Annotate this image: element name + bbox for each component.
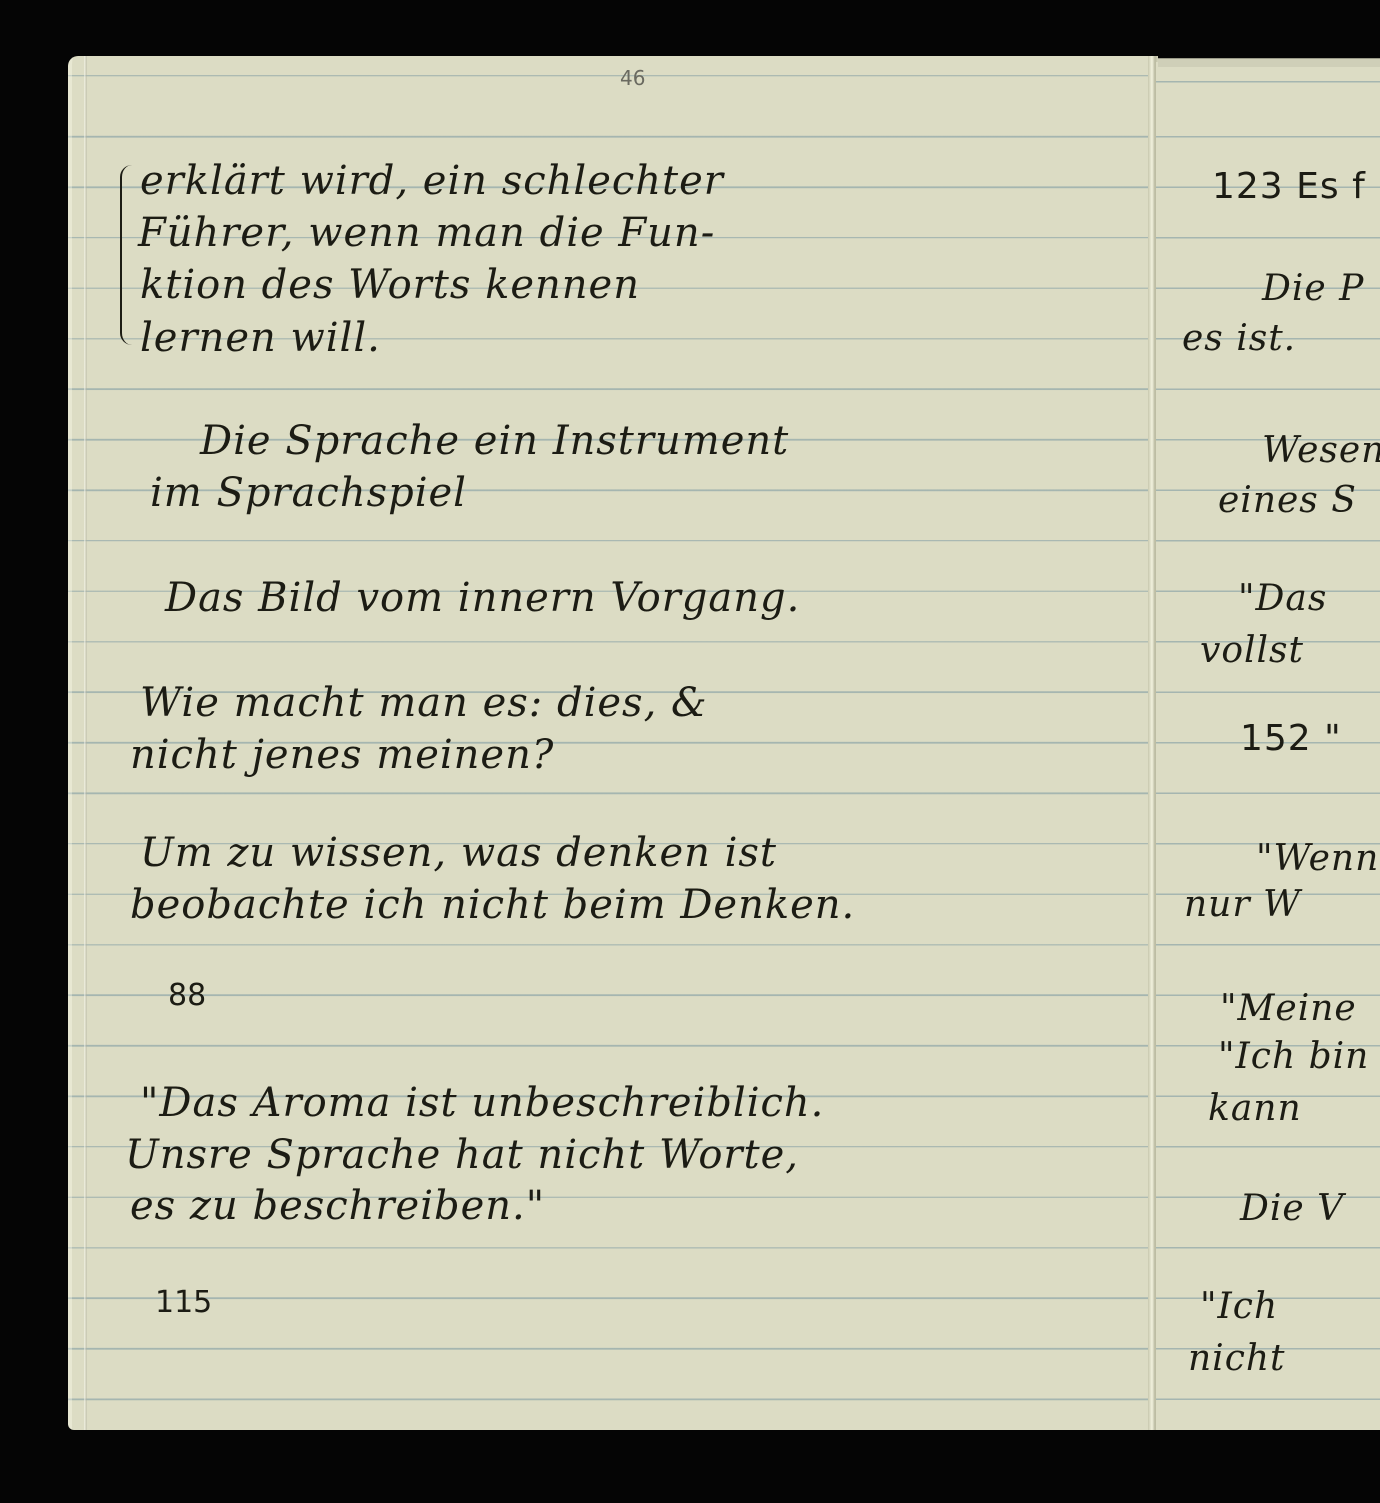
handwritten-fragment: Die V: [1240, 1188, 1344, 1229]
handwritten-line: erklärt wird, ein schlechter: [140, 158, 724, 204]
handwritten-fragment: "Ich: [1200, 1286, 1278, 1327]
handwritten-line: nicht jenes meinen?: [130, 732, 554, 778]
handwritten-fragment: eines S: [1218, 480, 1357, 521]
right-page-top-edge: [1158, 58, 1380, 67]
handwritten-line: beobachte ich nicht beim Denken.: [130, 882, 855, 928]
handwritten-fragment: 152 ": [1240, 718, 1342, 759]
margin-bracket: [120, 165, 138, 345]
handwritten-line: Das Bild vom innern Vorgang.: [165, 575, 800, 621]
handwritten-fragment: "Ich bin: [1218, 1036, 1369, 1077]
handwritten-fragment: Die P: [1262, 268, 1364, 309]
handwritten-fragment: nur W: [1184, 884, 1301, 925]
handwritten-fragment: "Das: [1238, 578, 1327, 619]
handwritten-fragment: 123 Es f: [1212, 166, 1366, 207]
handwritten-line: Führer, wenn man die Fun-: [138, 210, 715, 256]
handwritten-fragment: Wesen: [1262, 430, 1380, 471]
handwritten-fragment: kann: [1208, 1088, 1302, 1129]
handwritten-fragment: "Wenn: [1256, 838, 1379, 879]
entry-number: 88: [168, 978, 206, 1013]
handwritten-fragment: es ist.: [1182, 318, 1296, 359]
handwritten-line: im Sprachspiel: [150, 470, 467, 516]
handwritten-line: es zu beschreiben.": [130, 1183, 545, 1229]
handwritten-line: Unsre Sprache hat nicht Worte,: [125, 1132, 799, 1178]
handwritten-fragment: "Meine: [1220, 988, 1357, 1029]
handwritten-line: lernen will.: [140, 315, 381, 361]
page-number: 46: [620, 66, 645, 90]
handwritten-line: ktion des Worts kennen: [140, 262, 640, 308]
handwritten-line: Um zu wissen, was denken ist: [140, 830, 777, 876]
handwritten-line: Die Sprache ein Instrument: [200, 418, 789, 464]
handwritten-line: "Das Aroma ist unbeschreiblich.: [140, 1080, 824, 1126]
entry-number: 115: [155, 1285, 212, 1320]
handwritten-fragment: vollst: [1200, 630, 1304, 671]
handwritten-line: Wie macht man es: dies, &: [140, 680, 708, 726]
handwritten-fragment: nicht: [1188, 1338, 1286, 1379]
